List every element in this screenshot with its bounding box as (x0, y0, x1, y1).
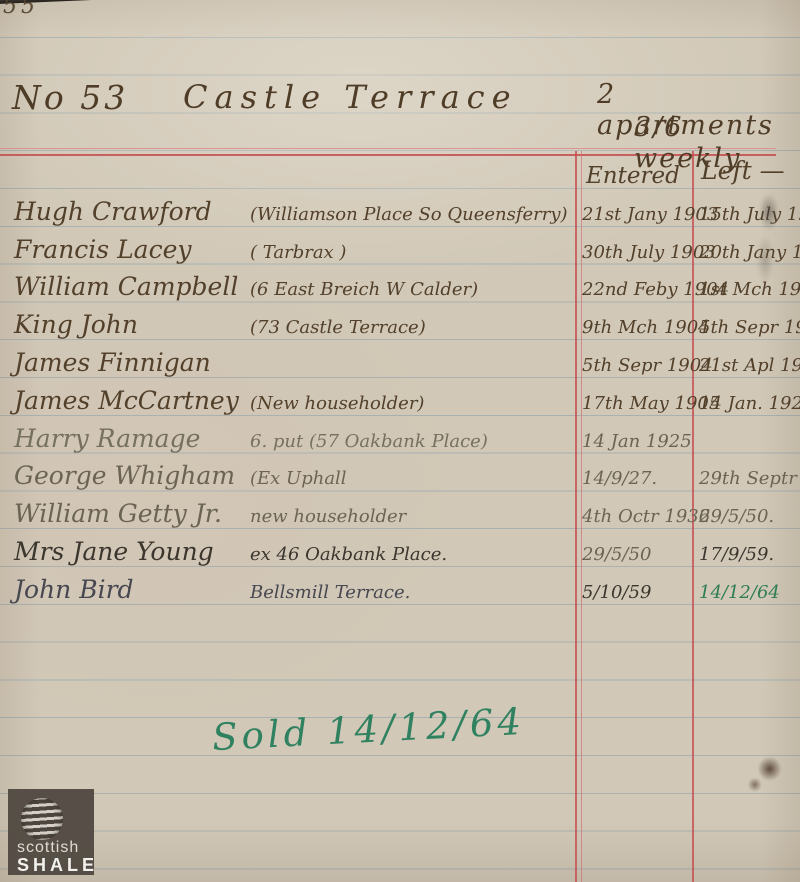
ledger-page: 55 No 53 Castle Terrace 2 apartments 3/6… (0, 0, 800, 882)
entered-date-cell: 5th Sepr 1904 (575, 357, 692, 379)
entered-date-cell: 29/5/50 (575, 546, 692, 568)
house-number: No 53 (12, 78, 128, 117)
tenant-name-cell: Mrs Jane Youngex 46 Oakbank Place. (0, 539, 575, 568)
table-row: William Getty Jr.new householder 4th Oct… (0, 492, 800, 530)
entered-date-cell: 5/10/59 (575, 584, 692, 606)
tenant-name-cell: Hugh Crawford(Williamson Place So Queens… (0, 199, 575, 228)
tenant-table: Hugh Crawford(Williamson Place So Queens… (0, 190, 800, 606)
sold-note: Sold 14/12/64 (211, 700, 526, 759)
tenant-name-cell: George Whigham(Ex Uphall (0, 463, 575, 492)
table-row: King John(73 Castle Terrace) 9th Mch 190… (0, 303, 800, 341)
entered-date-cell: 14/9/27. (575, 470, 692, 492)
ink-blot (742, 752, 788, 800)
tenant-name-cell: King John(73 Castle Terrace) (0, 312, 575, 341)
entered-date-cell: 21st Jany 1903 (575, 206, 692, 228)
table-row: James McCartney(New householder) 17th Ma… (0, 379, 800, 417)
left-date-cell: 29/5/50. (692, 508, 800, 530)
tenant-name-cell: Francis Lacey( Tarbrax ) (0, 237, 575, 266)
left-date-cell: 14/12/64 (692, 584, 800, 606)
entered-date-cell: 30th July 1903 (575, 244, 692, 266)
left-date-cell: 5th Sepr 1904 (692, 319, 800, 341)
table-row: Mrs Jane Youngex 46 Oakbank Place. 29/5/… (0, 530, 800, 568)
entered-date-cell: 22nd Feby 1904 (575, 281, 692, 303)
tenant-name-cell: Harry Ramage6. put (57 Oakbank Place) (0, 426, 575, 455)
table-row: George Whigham(Ex Uphall 14/9/27. 29th S… (0, 455, 800, 493)
tenant-name-cell: John BirdBellsmill Terrace. (0, 577, 575, 606)
tenant-name-cell: James McCartney(New householder) (0, 388, 575, 417)
column-header-left: Left — (701, 156, 785, 185)
table-row: John BirdBellsmill Terrace. 5/10/59 14/1… (0, 568, 800, 606)
entered-date-cell: 17th May 1905 (575, 395, 692, 417)
left-date-cell: 21st Apl 1905 (692, 357, 800, 379)
table-row: Hugh Crawford(Williamson Place So Queens… (0, 190, 800, 228)
table-row: Francis Lacey( Tarbrax ) 30th July 1903 … (0, 228, 800, 266)
left-date-cell: 29th Septr 1936 (692, 470, 800, 492)
left-date-cell (692, 451, 800, 455)
table-row: Harry Ramage6. put (57 Oakbank Place) 14… (0, 417, 800, 455)
globe-icon (21, 798, 63, 840)
entered-date-cell: 4th Octr 1936 (575, 508, 692, 530)
street-name: Castle Terrace (183, 78, 518, 116)
left-date-cell: 17/9/59. (692, 546, 800, 568)
left-date-cell: 14 Jan. 1925 (692, 395, 800, 417)
scottish-shale-logo: scottish SHALE (8, 789, 94, 875)
table-row: James Finnigan 5th Sepr 1904 21st Apl 19… (0, 341, 800, 379)
entered-date-cell: 9th Mch 1904 (575, 319, 692, 341)
entered-date-cell: 14 Jan 1925 (575, 433, 692, 455)
table-row: William Campbell(6 East Breich W Calder)… (0, 266, 800, 304)
tenant-name-cell: William Campbell(6 East Breich W Calder) (0, 274, 575, 303)
tenant-name-cell: James Finnigan (0, 350, 575, 379)
ink-smudge (748, 186, 786, 304)
corner-note: 55 (3, 0, 39, 19)
tenant-name-cell: William Getty Jr.new householder (0, 501, 575, 530)
column-header-entered: Entered (586, 163, 680, 189)
logo-text-shale: SHALE (17, 855, 98, 876)
